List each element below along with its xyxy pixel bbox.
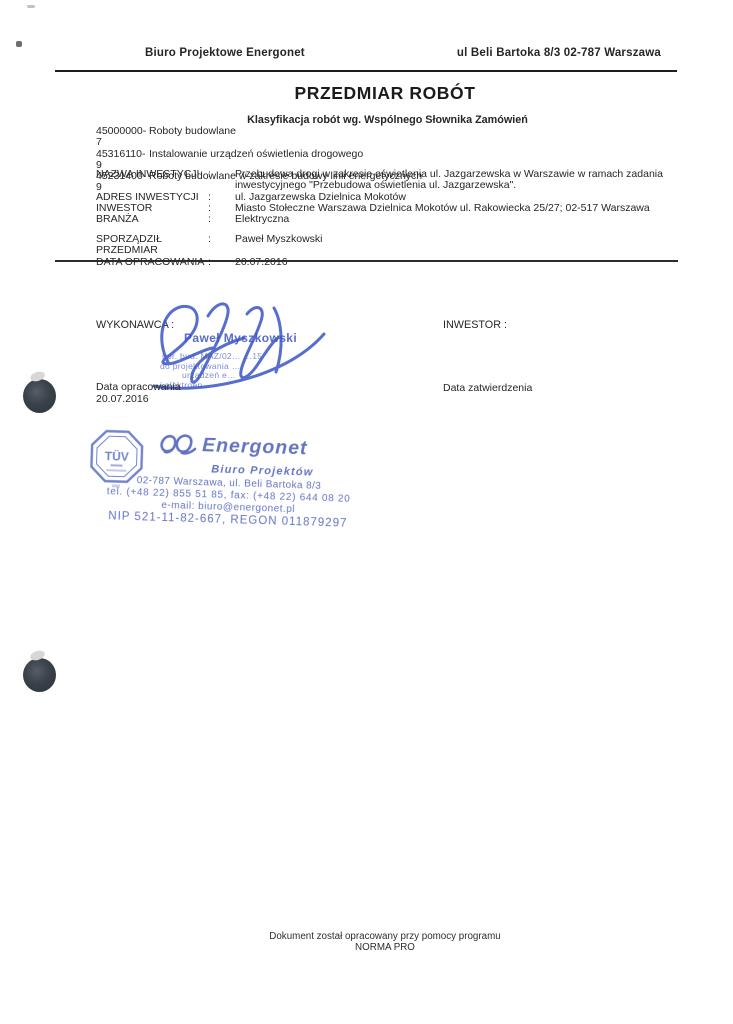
investment-details: NAZWA INWESTYCJI : Przebudowa drogi w za…: [96, 169, 682, 225]
date-prepared-value: 20.07.2016: [96, 394, 181, 406]
tuv-badge-text: TÜV: [105, 448, 129, 464]
stamp-brand-name: Energonet: [202, 434, 308, 460]
detail-separator: :: [208, 214, 235, 225]
date-prepared: Data opracowania 20.07.2016: [96, 382, 181, 405]
energonet-logo-icon: [157, 430, 198, 459]
date-approved-label: Data zatwierdzenia: [443, 382, 532, 394]
detail-separator: :: [208, 203, 235, 214]
detail-row: BRANŻA : Elektryczna: [96, 214, 682, 225]
footer-line: Dokument został opracowany przy pomocy p…: [55, 931, 715, 942]
detail-value: Paweł Myszkowski: [235, 234, 682, 245]
hole-punch-mark: [23, 379, 56, 413]
detail-value: Miasto Stołeczne Warszawa Dzielnica Moko…: [235, 203, 682, 214]
detail-separator: :: [208, 169, 235, 180]
detail-label: SPORZĄDZIŁ PRZEDMIAR: [96, 234, 208, 257]
stamp-brand-row: Energonet: [157, 430, 308, 463]
prepared-by-section: SPORZĄDZIŁ PRZEDMIAR : Paweł Myszkowski …: [96, 234, 682, 268]
detail-row: DATA OPRACOWANIA : 20.07.2016: [96, 257, 682, 268]
scan-speck: [16, 41, 22, 47]
detail-separator: :: [208, 257, 235, 268]
investor-label: INWESTOR :: [443, 319, 507, 331]
detail-value: 20.07.2016: [235, 257, 682, 268]
header-company-address: ul Beli Bartoka 8/3 02-787 Warszawa: [457, 47, 661, 59]
section-divider-line: [55, 260, 678, 262]
detail-row: INWESTOR : Miasto Stołeczne Warszawa Dzi…: [96, 203, 682, 214]
detail-label: NAZWA INWESTYCJI: [96, 169, 208, 180]
detail-row: SPORZĄDZIŁ PRZEDMIAR : Paweł Myszkowski: [96, 234, 682, 257]
document-title: PRZEDMIAR ROBÓT: [55, 83, 715, 104]
detail-separator: :: [208, 192, 235, 203]
document-footer: Dokument został opracowany przy pomocy p…: [55, 931, 715, 953]
company-rubber-stamp: TÜV Energonet Biuro Projektów 02-787 War…: [76, 421, 381, 544]
footer-program-name: NORMA PRO: [55, 942, 715, 953]
scanned-document-page: Biuro Projektowe Energonet ul Beli Barto…: [0, 0, 733, 1024]
detail-row: NAZWA INWESTYCJI : Przebudowa drogi w za…: [96, 169, 682, 192]
detail-separator: :: [208, 234, 235, 245]
cpv-code: 45000000-7: [96, 126, 149, 149]
detail-label: BRANŻA: [96, 214, 208, 225]
date-prepared-label: Data opracowania: [96, 382, 181, 394]
hole-punch-mark: [23, 658, 56, 692]
classification-row: 45000000-7 Roboty budowlane: [96, 126, 422, 149]
detail-value: Przebudowa drogi w zakresie oświetlenia …: [235, 169, 682, 192]
cpv-label: Roboty budowlane: [149, 126, 236, 149]
detail-value: Elektryczna: [235, 214, 682, 225]
detail-label: DATA OPRACOWANIA: [96, 257, 208, 268]
scan-speck: [27, 5, 35, 8]
header-divider-line: [55, 70, 677, 72]
header-company-name: Biuro Projektowe Energonet: [145, 47, 305, 59]
